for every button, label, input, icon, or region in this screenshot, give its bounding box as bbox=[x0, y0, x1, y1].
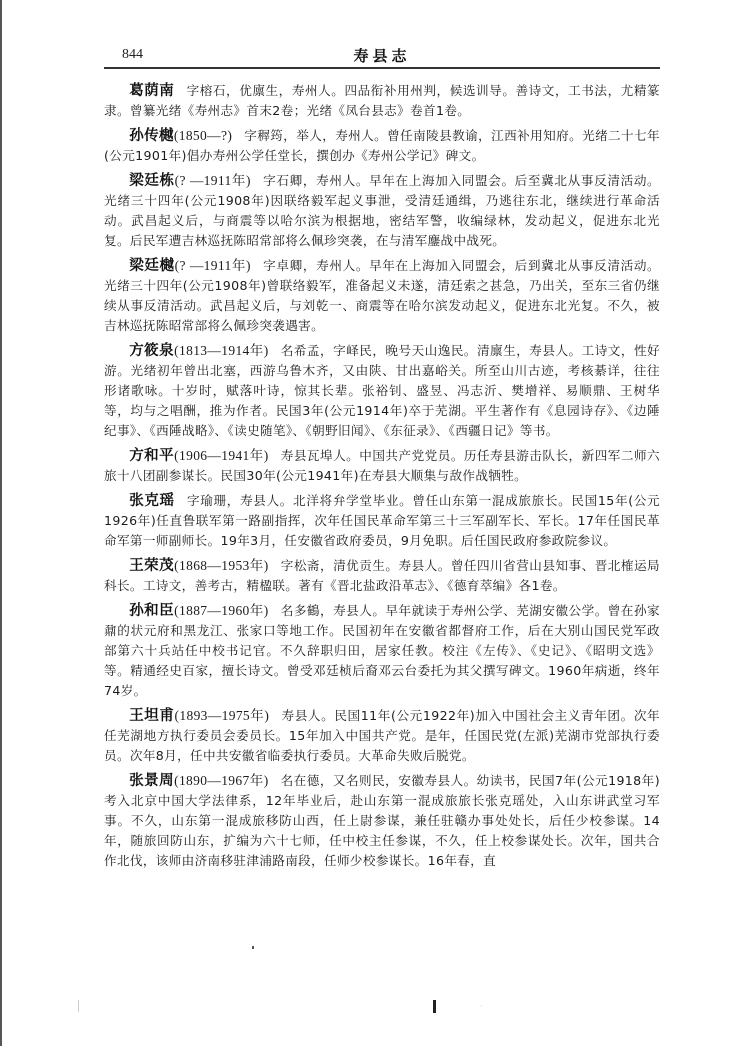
person-name: 方筱泉 bbox=[129, 343, 174, 359]
person-name: 葛荫南 bbox=[129, 83, 174, 99]
header-rule bbox=[104, 67, 660, 69]
person-name: 张克瑶 bbox=[129, 493, 175, 509]
running-title: 寿县志 bbox=[104, 45, 660, 66]
person-name: 方和平 bbox=[129, 448, 174, 464]
person-name: 王荣茂 bbox=[129, 558, 174, 574]
biography-text: 字榕石，优廪生，寿州人。四品衔补用州判，候选训导。善诗文，工书法，尤精篆隶。曾纂… bbox=[104, 83, 660, 118]
life-dates: (? —1911年) bbox=[175, 173, 251, 188]
biography-entry: 孙传樾(1850—?)字稺筠，举人，寿州人。曾任南陵县教谕，江西补用知府。光绪二… bbox=[104, 126, 660, 166]
biography-entry: 葛荫南字榕石，优廪生，寿州人。四品衔补用州判，候选训导。善诗文，工书法，尤精篆隶… bbox=[104, 81, 660, 121]
biography-entry: 王荣茂(1868—1953年)字松斋，清优贡生。寿县人。曾任四川省营山县知事、晋… bbox=[104, 556, 660, 596]
scan-artifact-bar bbox=[433, 1000, 436, 1013]
life-dates: (1850—?) bbox=[174, 128, 232, 143]
biography-entry: 梁廷栋(? —1911年)字石卿，寿州人。早年在上海加入同盟会。后至冀北从事反清… bbox=[104, 171, 660, 251]
page-header: 844 寿县志 bbox=[104, 44, 660, 66]
life-dates: (1890—1967年) bbox=[174, 773, 268, 788]
biography-text: 字瑜珊，寿县人。北洋将弁学堂毕业。曾任山东第一混成旅旅长。民国15年(公元192… bbox=[104, 493, 660, 548]
person-name: 王坦甫 bbox=[129, 708, 174, 724]
biography-entry: 张景周(1890—1967年)名在德，又名则民，安徽寿县人。幼读书，民国7年(公… bbox=[104, 771, 660, 871]
person-name: 孙和臣 bbox=[129, 603, 174, 619]
biography-entry: 王坦甫(1893—1975年)寿县人。民国11年(公元1922年)加入中国社会主… bbox=[104, 706, 660, 766]
scan-left-border bbox=[0, 0, 2, 1046]
life-dates: (1906—1941年) bbox=[174, 448, 268, 463]
document-page: 844 寿县志 葛荫南字榕石，优廪生，寿州人。四品衔补用州判，候选训导。善诗文，… bbox=[104, 44, 660, 876]
life-dates: (1887—1960年) bbox=[174, 603, 268, 618]
scan-artifact-smudge: · bbox=[480, 1002, 483, 1011]
biography-entry: 孙和臣(1887—1960年)名多鶴，寿县人。早年就读于寿州公学、芜湖安徽公学。… bbox=[104, 601, 660, 701]
scan-speck bbox=[252, 946, 254, 949]
person-name: 梁廷栋 bbox=[129, 173, 174, 189]
biography-entry: 张克瑶字瑜珊，寿县人。北洋将弁学堂毕业。曾任山东第一混成旅旅长。民国15年(公元… bbox=[104, 491, 660, 551]
person-name: 梁廷樾 bbox=[129, 258, 174, 274]
scan-artifact-tick bbox=[78, 1000, 79, 1012]
biography-entry: 方和平(1906—1941年)寿县瓦埠人。中国共产党党员。历任寿县游击队长，新四… bbox=[104, 446, 660, 486]
biography-entry: 梁廷樾(? —1911年)字卓卿，寿州人。早年在上海加入同盟会，后到冀北从事反清… bbox=[104, 256, 660, 336]
life-dates: (? —1911年) bbox=[175, 258, 251, 273]
biography-entry: 方筱泉(1813—1914年)名希孟，字峄民，晚号天山逸民。清廪生，寿县人。工诗… bbox=[104, 341, 660, 441]
person-name: 张景周 bbox=[129, 773, 174, 789]
life-dates: (1868—1953年) bbox=[174, 558, 268, 573]
life-dates: (1893—1975年) bbox=[175, 708, 270, 723]
life-dates: (1813—1914年) bbox=[174, 343, 268, 358]
person-name: 孙传樾 bbox=[129, 128, 174, 144]
biography-list: 葛荫南字榕石，优廪生，寿州人。四品衔补用州判，候选训导。善诗文，工书法，尤精篆隶… bbox=[104, 81, 660, 871]
